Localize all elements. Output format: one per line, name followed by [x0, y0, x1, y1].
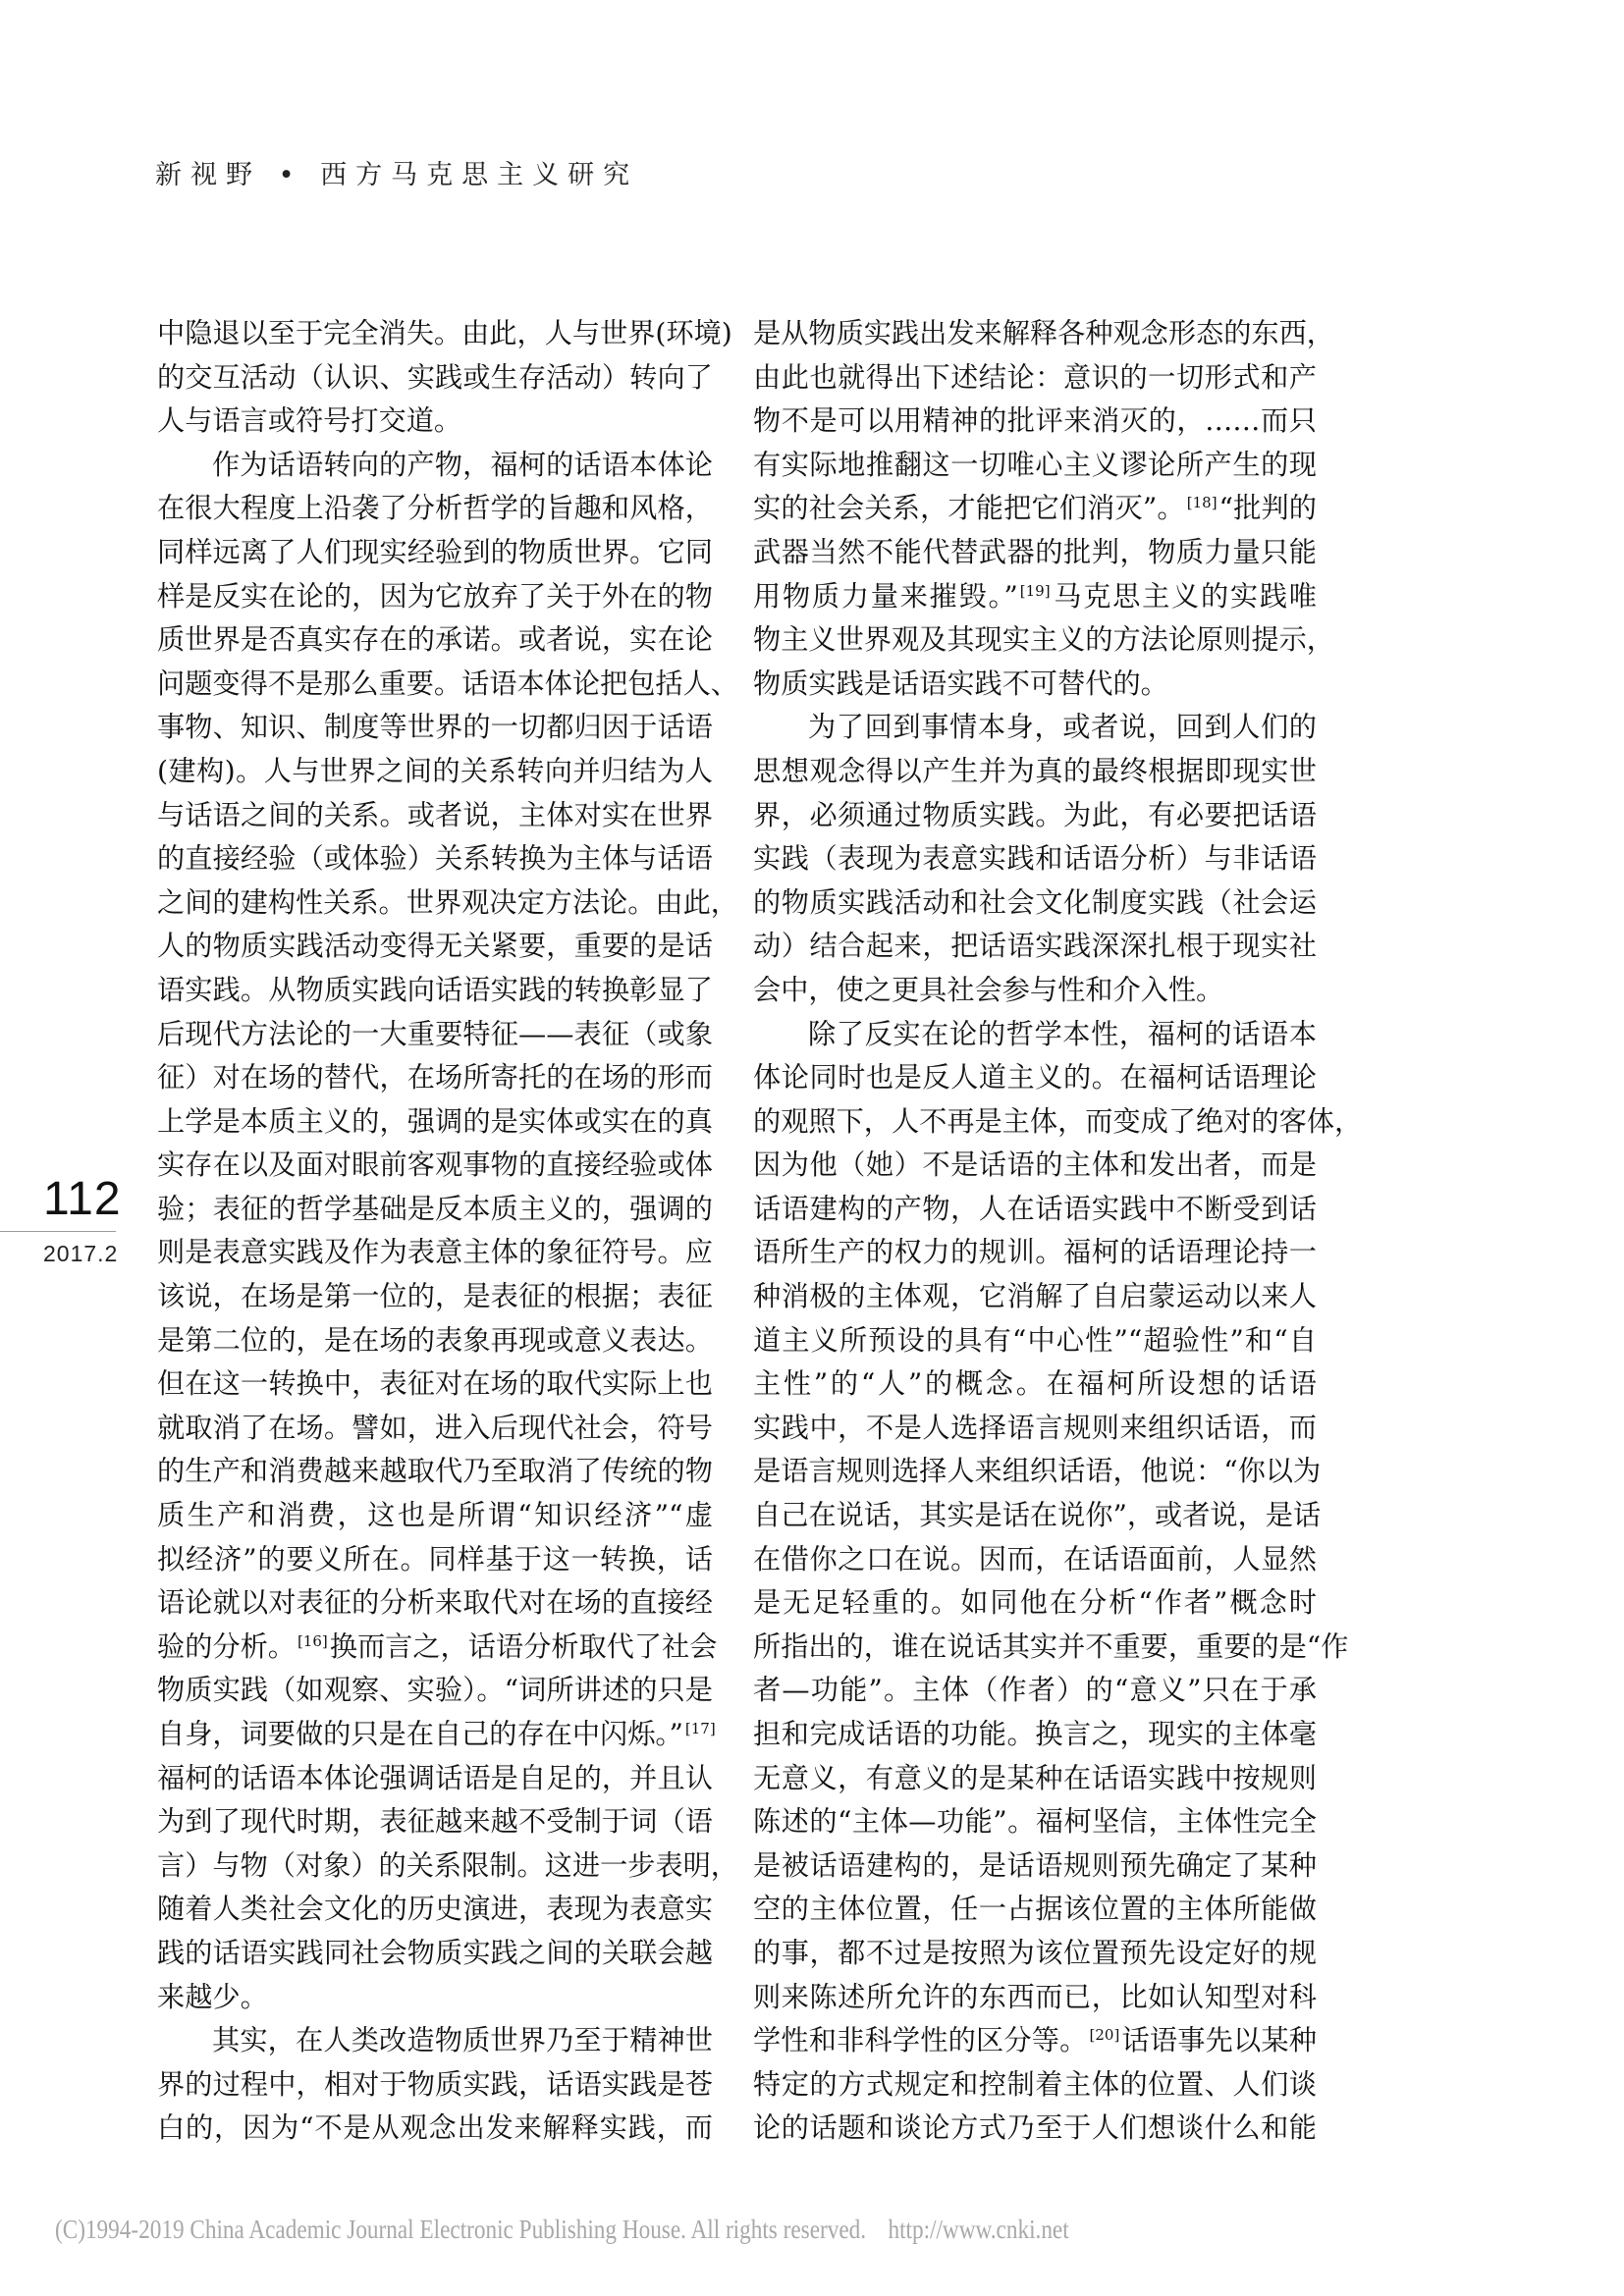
running-head: 新视野 • 西方马克思主义研究	[155, 153, 638, 191]
margin-rule	[0, 1231, 116, 1232]
line-text: 言）与物（对象）的关系限制。这进一步表明，	[157, 1849, 738, 1882]
line-text: 者—功能”。主体（作者）的“意义”只在于承	[753, 1674, 1317, 1706]
text-line: 来越少。	[157, 1976, 713, 2020]
line-text: 征）对在场的替代，在场所寄托的在场的形而	[157, 1061, 713, 1094]
line-text: 就取消了在场。譬如，进入后现代社会，符号	[157, 1412, 713, 1444]
text-line: 道主义所预设的具有“中心性”“超验性”和“自	[753, 1319, 1317, 1363]
text-line: 实的社会关系，才能把它们消灭”。[18]“批判的	[753, 487, 1317, 531]
text-line: 是语言规则选择人来组织话语，他说：“你以为	[753, 1450, 1317, 1494]
text-line: 就取消了在场。譬如，进入后现代社会，符号	[157, 1407, 713, 1451]
line-text: 践的话语实践同社会物质实践之间的关联会越	[157, 1937, 713, 1969]
right-column: 是从物质实践出发来解释各种观念形态的东西，由此也就得出下述结论：意识的一切形式和…	[753, 312, 1317, 2151]
text-line: 由此也就得出下述结论：意识的一切形式和产	[753, 356, 1317, 400]
line-text: 自身，词要做的只是在自己的存在中闪烁。”	[157, 1718, 683, 1750]
line-text: 会中，使之更具社会参与性和介入性。	[753, 974, 1223, 1006]
line-text: 空的主体位置，任一占据该位置的主体所能做	[753, 1893, 1317, 1925]
footer-url[interactable]: http://www.cnki.net	[888, 2215, 1068, 2244]
text-line: 践的话语实践同社会物质实践之间的关联会越	[157, 1932, 713, 1976]
line-text: 为了回到事情本身，或者说，回到人们的	[808, 711, 1317, 743]
text-line: 事物、知识、制度等世界的一切都归因于话语	[157, 706, 713, 750]
text-line: 征）对在场的替代，在场所寄托的在场的形而	[157, 1056, 713, 1100]
text-line: 后现代方法论的一大重要特征——表征（或象	[157, 1013, 713, 1057]
line-text: 的物质实践活动和社会文化制度实践（社会运	[753, 886, 1317, 919]
text-line: 人的物质实践活动变得无关紧要，重要的是话	[157, 925, 713, 969]
line-text: 人与语言或符号打交道。	[157, 404, 461, 437]
line-text: 学性和非科学性的区分等。	[753, 2024, 1088, 2056]
line-text: 是语言规则选择人来组织话语，他说：“你以为	[753, 1455, 1321, 1487]
copyright-footer: (C)1994-2019 China Academic Journal Elec…	[55, 2215, 1069, 2245]
line-text: 的事，都不过是按照为该位置预先设定好的规	[753, 1937, 1317, 1969]
text-line: 其实，在人类改造物质世界乃至于精神世	[157, 2019, 713, 2063]
text-line: 的观照下，人不再是主体，而变成了绝对的客体，	[753, 1100, 1317, 1145]
line-text: 无意义，有意义的是某种在话语实践中按规则	[753, 1762, 1317, 1794]
line-text: 是第二位的，是在场的表象再现或意义表达。	[157, 1324, 713, 1357]
text-line: 界，必须通过物质实践。为此，有必要把话语	[753, 794, 1317, 838]
text-line: 的交互活动（认识、实践或生存活动）转向了	[157, 356, 713, 400]
text-line: 的物质实践活动和社会文化制度实践（社会运	[753, 881, 1317, 926]
text-line: 实存在以及面对眼前客观事物的直接经验或体	[157, 1144, 713, 1188]
line-text: 是被话语建构的，是话语规则预先确定了某种	[753, 1849, 1317, 1882]
text-line: 质世界是否真实存在的承诺。或者说，实在论	[157, 618, 713, 663]
line-text: 则来陈述所允许的东西而已，比如认知型对科	[753, 1981, 1317, 2013]
line-text: 武器当然不能代替武器的批判，物质力量只能	[753, 536, 1317, 568]
text-line: 有实际地推翻这一切唯心主义谬论所产生的现	[753, 444, 1317, 488]
line-text: 该说，在场是第一位的，是表征的根据；表征	[157, 1280, 713, 1312]
line-text-after-ref: 马克思主义的实践唯	[1053, 580, 1317, 613]
line-text: 问题变得不是那么重要。话语本体论把包括人、	[157, 667, 738, 700]
text-line: 体论同时也是反人道主义的。在福柯话语理论	[753, 1056, 1317, 1100]
text-line: 武器当然不能代替武器的批判，物质力量只能	[753, 531, 1317, 575]
text-line: 实践中，不是人选择语言规则来组织话语，而	[753, 1407, 1317, 1451]
text-line: 自己在说话，其实是话在说你”，或者说，是话	[753, 1494, 1317, 1538]
line-text: 由此也就得出下述结论：意识的一切形式和产	[753, 361, 1317, 394]
line-text: 是从物质实践出发来解释各种观念形态的东西，	[753, 317, 1334, 349]
text-line: 所指出的，谁在说话其实并不重要，重要的是“作	[753, 1626, 1317, 1670]
line-text-after-ref: “批判的	[1219, 492, 1317, 524]
line-text: 所指出的，谁在说话其实并不重要，重要的是“作	[753, 1630, 1348, 1663]
text-line: 是第二位的，是在场的表象再现或意义表达。	[157, 1319, 713, 1363]
line-text: 与话语之间的关系。或者说，主体对实在世界	[157, 799, 713, 831]
line-text: 语实践。从物质实践向话语实践的转换彰显了	[157, 974, 713, 1006]
text-line: 言）与物（对象）的关系限制。这进一步表明，	[157, 1844, 713, 1889]
text-line: 在很大程度上沿袭了分析哲学的旨趣和风格，	[157, 487, 713, 531]
text-line: 思想观念得以产生并为真的最终根据即现实世	[753, 750, 1317, 794]
text-line: 物质实践是话语实践不可替代的。	[753, 663, 1317, 707]
text-line: 动）结合起来，把话语实践深深扎根于现实社	[753, 925, 1317, 969]
line-text: 有实际地推翻这一切唯心主义谬论所产生的现	[753, 449, 1317, 481]
line-text: 拟经济”的要义所在。同样基于这一转换，话	[157, 1543, 713, 1575]
left-column: 中隐退以至于完全消失。由此，人与世界(环境)的交互活动（认识、实践或生存活动）转…	[157, 312, 713, 2151]
page-number: 112	[43, 1172, 122, 1226]
line-text: 界的过程中，相对于物质实践，话语实践是苍	[157, 2068, 713, 2101]
line-text: 语论就以对表征的分析来取代对在场的直接经	[157, 1586, 713, 1619]
line-text: 随着人类社会文化的历史演进，表现为表意实	[157, 1893, 713, 1925]
line-text: 种消极的主体观，它消解了自启蒙运动以来人	[753, 1280, 1317, 1312]
line-text: 的生产和消费越来越取代乃至取消了传统的物	[157, 1455, 713, 1487]
line-text: 物质实践是话语实践不可替代的。	[753, 667, 1168, 700]
text-line: 会中，使之更具社会参与性和介入性。	[753, 969, 1317, 1013]
line-text: 质世界是否真实存在的承诺。或者说，实在论	[157, 623, 713, 656]
line-text: 物质实践（如观察、实验）。“词所讲述的只是	[157, 1674, 713, 1706]
text-line: 是无足轻重的。如同他在分析“作者”概念时	[753, 1581, 1317, 1626]
line-text: 物不是可以用精神的批评来消灭的，……而只	[753, 404, 1317, 437]
line-text: 除了反实在论的哲学本性，福柯的话语本	[808, 1018, 1317, 1050]
line-text: 用物质力量来摧毁。”	[753, 580, 1018, 613]
text-line: 问题变得不是那么重要。话语本体论把包括人、	[157, 663, 713, 707]
text-line: 语所生产的权力的规训。福柯的话语理论持一	[753, 1231, 1317, 1275]
line-text: 体论同时也是反人道主义的。在福柯话语理论	[753, 1061, 1317, 1094]
text-line: 主性”的“人”的概念。在福柯所设想的话语	[753, 1362, 1317, 1407]
text-line: 该说，在场是第一位的，是表征的根据；表征	[157, 1275, 713, 1319]
text-line: 种消极的主体观，它消解了自启蒙运动以来人	[753, 1275, 1317, 1319]
line-text: 实践（表现为表意实践和话语分析）与非话语	[753, 842, 1317, 875]
text-line: 人与语言或符号打交道。	[157, 400, 713, 444]
line-text: 陈述的“主体—功能”。福柯坚信，主体性完全	[753, 1805, 1317, 1838]
line-text: 是无足轻重的。如同他在分析“作者”概念时	[753, 1586, 1317, 1619]
text-line: 为了回到事情本身，或者说，回到人们的	[753, 706, 1317, 750]
text-line: 但在这一转换中，表征对在场的取代实际上也	[157, 1362, 713, 1407]
text-line: 特定的方式规定和控制着主体的位置、人们谈	[753, 2063, 1317, 2108]
text-line: 则来陈述所允许的东西而已，比如认知型对科	[753, 1976, 1317, 2020]
text-line: 白的，因为“不是从观念出发来解释实践，而	[157, 2107, 713, 2151]
citation-ref[interactable]: [18]	[1187, 494, 1218, 511]
text-line: 上学是本质主义的，强调的是实体或实在的真	[157, 1100, 713, 1145]
line-text: 质生产和消费，这也是所谓“知识经济”“虚	[157, 1499, 713, 1531]
line-text: 实的社会关系，才能把它们消灭”。	[753, 492, 1185, 524]
line-text: 的交互活动（认识、实践或生存活动）转向了	[157, 361, 713, 394]
text-line: 作为话语转向的产物，福柯的话语本体论	[157, 444, 713, 488]
text-line: 用物质力量来摧毁。”[19]马克思主义的实践唯	[753, 575, 1317, 619]
text-line: 的生产和消费越来越取代乃至取消了传统的物	[157, 1450, 713, 1494]
text-line: 担和完成话语的功能。换言之，现实的主体毫	[753, 1713, 1317, 1757]
text-line: 质生产和消费，这也是所谓“知识经济”“虚	[157, 1494, 713, 1538]
line-text: 在很大程度上沿袭了分析哲学的旨趣和风格，	[157, 492, 713, 524]
text-line: 则是表意实践及作为表意主体的象征符号。应	[157, 1231, 713, 1275]
text-line: 空的主体位置，任一占据该位置的主体所能做	[753, 1888, 1317, 1932]
line-text: 道主义所预设的具有“中心性”“超验性”和“自	[753, 1324, 1317, 1357]
line-text: 话语建构的产物，人在话语实践中不断受到话	[753, 1193, 1317, 1225]
text-line: 验的分析。[16]换而言之，话语分析取代了社会	[157, 1626, 713, 1670]
line-text: 样是反实在论的，因为它放弃了关于外在的物	[157, 580, 713, 613]
line-text: 动）结合起来，把话语实践深深扎根于现实社	[753, 930, 1317, 962]
line-text: 其实，在人类改造物质世界乃至于精神世	[212, 2024, 713, 2056]
line-text: 在借你之口在说。因而，在话语面前，人显然	[753, 1543, 1317, 1575]
line-text: 为到了现代时期，表征越来越不受制于词（语	[157, 1805, 713, 1838]
text-line: (建构)。人与世界之间的关系转向并归结为人	[157, 750, 713, 794]
line-text: (建构)。人与世界之间的关系转向并归结为人	[157, 755, 713, 787]
line-text: 后现代方法论的一大重要特征——表征（或象	[157, 1018, 713, 1050]
text-line: 语论就以对表征的分析来取代对在场的直接经	[157, 1581, 713, 1626]
text-line: 因为他（她）不是话语的主体和发出者，而是	[753, 1144, 1317, 1188]
text-line: 拟经济”的要义所在。同样基于这一转换，话	[157, 1538, 713, 1582]
text-line: 界的过程中，相对于物质实践，话语实践是苍	[157, 2063, 713, 2108]
line-text-after-ref: 换而言之，话语分析取代了社会	[330, 1630, 718, 1663]
line-text: 界，必须通过物质实践。为此，有必要把话语	[753, 799, 1317, 831]
text-line: 陈述的“主体—功能”。福柯坚信，主体性完全	[753, 1800, 1317, 1844]
line-text: 验；表征的哲学基础是反本质主义的，强调的	[157, 1193, 713, 1225]
text-line: 实践（表现为表意实践和话语分析）与非话语	[753, 837, 1317, 881]
text-line: 随着人类社会文化的历史演进，表现为表意实	[157, 1888, 713, 1932]
line-text: 福柯的话语本体论强调话语是自足的，并且认	[157, 1762, 713, 1794]
line-text: 则是表意实践及作为表意主体的象征符号。应	[157, 1236, 713, 1268]
line-text: 人的物质实践活动变得无关紧要，重要的是话	[157, 930, 713, 962]
line-text: 中隐退以至于完全消失。由此，人与世界(环境)	[157, 317, 732, 349]
text-line: 的直接经验（或体验）关系转换为主体与话语	[157, 837, 713, 881]
issue-number: 2017.2	[43, 1241, 118, 1267]
text-line: 话语建构的产物，人在话语实践中不断受到话	[753, 1188, 1317, 1232]
line-text: 作为话语转向的产物，福柯的话语本体论	[212, 449, 713, 481]
line-text: 实存在以及面对眼前客观事物的直接经验或体	[157, 1148, 713, 1181]
text-line: 无意义，有意义的是某种在话语实践中按规则	[753, 1757, 1317, 1801]
line-text: 的观照下，人不再是主体，而变成了绝对的客体，	[753, 1105, 1362, 1138]
line-text: 白的，因为“不是从观念出发来解释实践，而	[157, 2111, 713, 2144]
text-line: 中隐退以至于完全消失。由此，人与世界(环境)	[157, 312, 713, 356]
line-text: 实践中，不是人选择语言规则来组织话语，而	[753, 1412, 1317, 1444]
line-text-after-ref: 话语事先以某种	[1121, 2024, 1317, 2056]
line-text: 但在这一转换中，表征对在场的取代实际上也	[157, 1367, 713, 1400]
text-line: 物主义世界观及其现实主义的方法论原则提示，	[753, 618, 1317, 663]
text-line: 同样远离了人们现实经验到的物质世界。它同	[157, 531, 713, 575]
line-text: 上学是本质主义的，强调的是实体或实在的真	[157, 1105, 713, 1138]
copyright-text: (C)1994-2019 China Academic Journal Elec…	[55, 2215, 866, 2244]
text-line: 除了反实在论的哲学本性，福柯的话语本	[753, 1013, 1317, 1057]
line-text: 主性”的“人”的概念。在福柯所设想的话语	[753, 1367, 1317, 1400]
text-line: 在借你之口在说。因而，在话语面前，人显然	[753, 1538, 1317, 1582]
text-line: 是从物质实践出发来解释各种观念形态的东西，	[753, 312, 1317, 356]
line-text: 物主义世界观及其现实主义的方法论原则提示，	[753, 623, 1334, 656]
text-line: 论的话题和谈论方式乃至于人们想谈什么和能	[753, 2107, 1317, 2151]
text-line: 自身，词要做的只是在自己的存在中闪烁。”[17]	[157, 1713, 713, 1757]
text-line: 物质实践（如观察、实验）。“词所讲述的只是	[157, 1669, 713, 1713]
citation-ref[interactable]: [17]	[685, 1720, 716, 1737]
line-text: 同样远离了人们现实经验到的物质世界。它同	[157, 536, 713, 568]
text-line: 之间的建构性关系。世界观决定方法论。由此，	[157, 881, 713, 926]
text-line: 是被话语建构的，是话语规则预先确定了某种	[753, 1844, 1317, 1889]
citation-ref[interactable]: [20]	[1090, 2026, 1120, 2044]
line-text: 特定的方式规定和控制着主体的位置、人们谈	[753, 2068, 1317, 2101]
text-line: 的事，都不过是按照为该位置预先设定好的规	[753, 1932, 1317, 1976]
text-line: 学性和非科学性的区分等。[20]话语事先以某种	[753, 2019, 1317, 2063]
text-line: 为到了现代时期，表征越来越不受制于词（语	[157, 1800, 713, 1844]
text-line: 验；表征的哲学基础是反本质主义的，强调的	[157, 1188, 713, 1232]
line-text: 验的分析。	[157, 1630, 296, 1663]
line-text: 思想观念得以产生并为真的最终根据即现实世	[753, 755, 1317, 787]
citation-ref[interactable]: [16]	[298, 1632, 328, 1650]
line-text: 事物、知识、制度等世界的一切都归因于话语	[157, 711, 713, 743]
text-line: 物不是可以用精神的批评来消灭的，……而只	[753, 400, 1317, 444]
line-text: 因为他（她）不是话语的主体和发出者，而是	[753, 1148, 1317, 1181]
text-line: 福柯的话语本体论强调话语是自足的，并且认	[157, 1757, 713, 1801]
citation-ref[interactable]: [19]	[1020, 582, 1051, 600]
text-line: 者—功能”。主体（作者）的“意义”只在于承	[753, 1669, 1317, 1713]
line-text: 自己在说话，其实是话在说你”，或者说，是话	[753, 1499, 1321, 1531]
line-text: 之间的建构性关系。世界观决定方法论。由此，	[157, 886, 738, 919]
text-line: 语实践。从物质实践向话语实践的转换彰显了	[157, 969, 713, 1013]
line-text: 的直接经验（或体验）关系转换为主体与话语	[157, 842, 713, 875]
line-text: 来越少。	[157, 1981, 268, 2013]
text-line: 与话语之间的关系。或者说，主体对实在世界	[157, 794, 713, 838]
line-text: 担和完成话语的功能。换言之，现实的主体毫	[753, 1718, 1317, 1750]
line-text: 论的话题和谈论方式乃至于人们想谈什么和能	[753, 2111, 1317, 2144]
text-line: 样是反实在论的，因为它放弃了关于外在的物	[157, 575, 713, 619]
line-text: 语所生产的权力的规训。福柯的话语理论持一	[753, 1236, 1317, 1268]
